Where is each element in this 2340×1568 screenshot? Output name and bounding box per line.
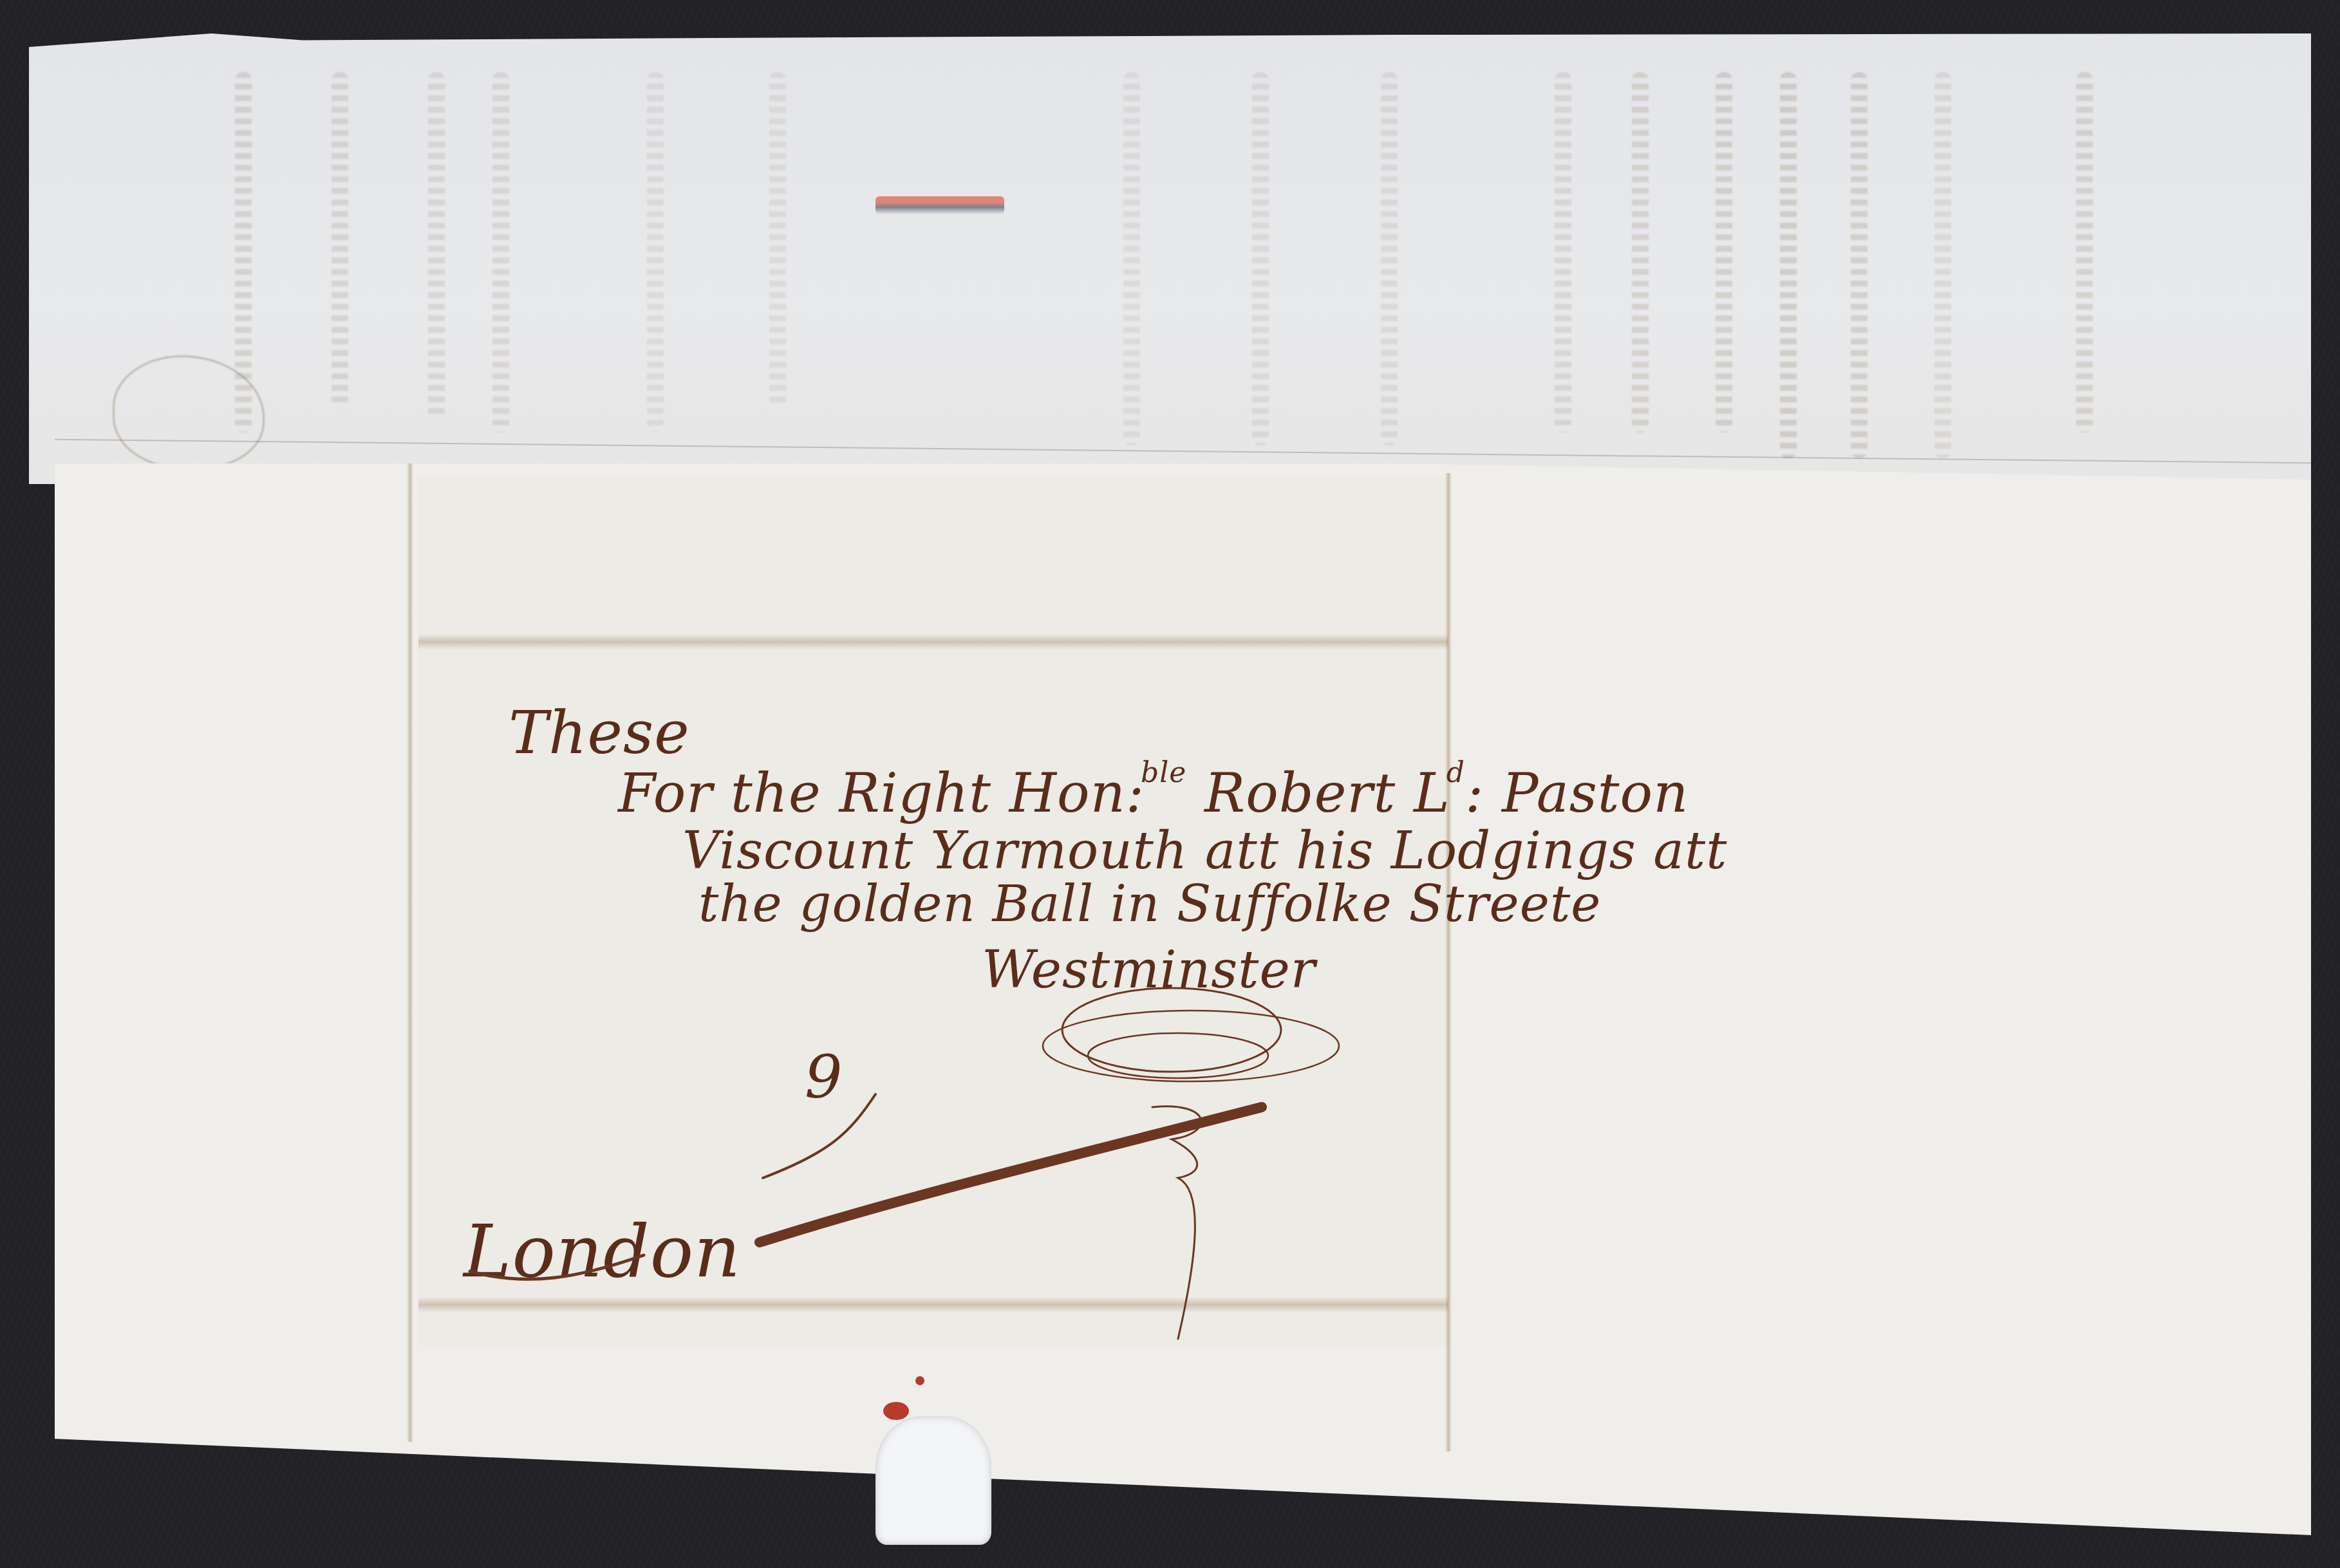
wax-fragment: [883, 1402, 909, 1420]
paraph-spiral-tail: [1152, 1106, 1201, 1339]
wax-fragment: [915, 1376, 924, 1385]
postmark-tail-stroke: [763, 1094, 875, 1178]
seal-remnant: [875, 1416, 991, 1545]
pen-flourish-strokes: [0, 0, 2340, 1568]
paraph-loop: [1062, 988, 1281, 1072]
london-underline-stroke: [470, 1255, 644, 1279]
